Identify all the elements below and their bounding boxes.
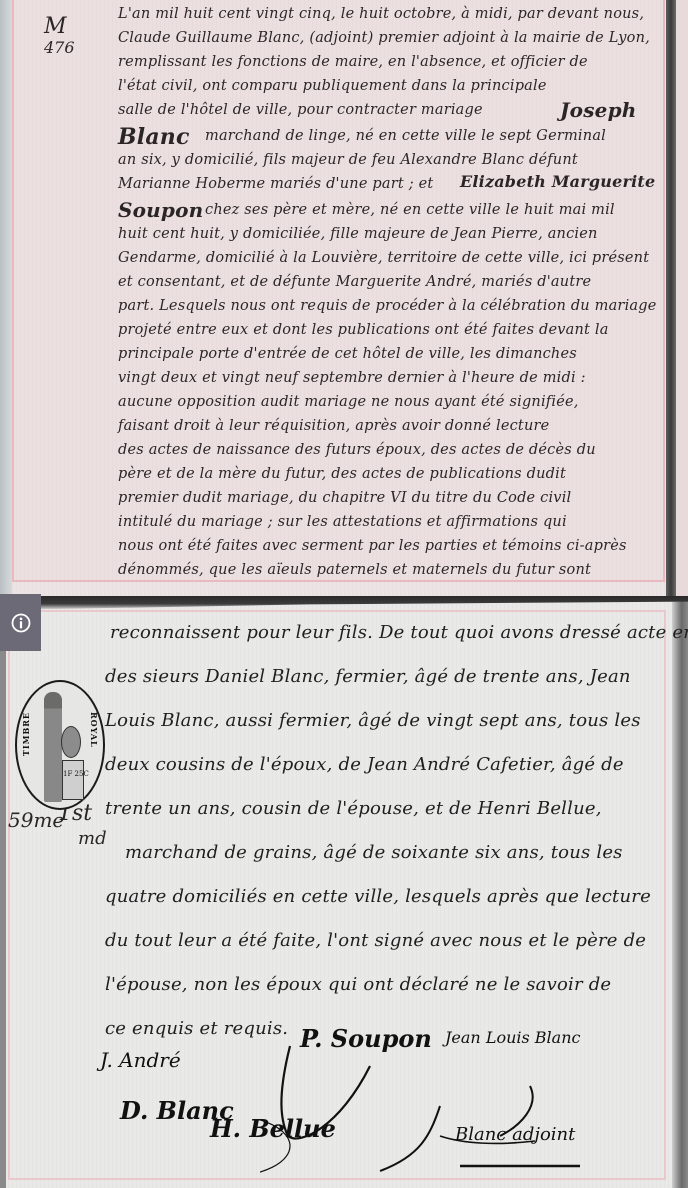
record-line: L'an mil huit cent vingt cinq, le huit o…	[118, 6, 644, 22]
record-line: l'état civil, ont comparu publiquement d…	[118, 78, 547, 94]
record-line: nous ont été faites avec serment par les…	[118, 538, 627, 554]
record-line: premier dudit mariage, du chapitre VI du…	[118, 490, 571, 506]
signature-flourish	[260, 1026, 600, 1176]
record-line: l'épouse, non les époux qui ont déclaré …	[105, 974, 611, 995]
record-line: deux cousins de l'époux, de Jean André C…	[105, 754, 624, 775]
groom-first-name: Joseph	[560, 98, 637, 122]
stamp-text-left: TIMBRE	[21, 712, 31, 756]
page-scan-bottom: reconnaissent pour leur fils. De tout qu…	[0, 596, 688, 1188]
record-line: des sieurs Daniel Blanc, fermier, âgé de…	[105, 666, 631, 687]
stamp-text-right: ROYAL	[89, 712, 99, 748]
page-scan-top: M 476 L'an mil huit cent vingt cinq, le …	[0, 0, 688, 596]
record-line: part. Lesquels nous ont requis de procéd…	[118, 298, 657, 314]
document-viewer: M 476 L'an mil huit cent vingt cinq, le …	[0, 0, 688, 1188]
page-binding	[672, 596, 688, 1188]
record-line: dénommés, que les aïeuls paternels et ma…	[118, 562, 591, 578]
record-line: remplissant les fonctions de maire, en l…	[118, 54, 588, 70]
record-line: Marianne Hoberme mariés d'une part ; et	[118, 176, 433, 192]
adjacent-page	[676, 0, 688, 596]
stamp-figure-icon	[44, 692, 62, 802]
record-line: marchand de grains, âgé de soixante six …	[125, 842, 623, 863]
signature: J. André	[100, 1048, 181, 1072]
record-line: aucune opposition audit mariage ne nous …	[118, 394, 579, 410]
record-line: trente un ans, cousin de l'épouse, et de…	[105, 798, 602, 819]
stamp-pedestal-icon	[62, 760, 84, 800]
bride-last-name: Soupon	[118, 198, 203, 222]
margin-note-number: 476	[44, 38, 75, 57]
record-line: et consentant, et de défunte Marguerite …	[118, 274, 591, 290]
info-button[interactable]	[0, 594, 41, 651]
record-line: reconnaissent pour leur fils. De tout qu…	[110, 622, 688, 643]
margin-note-abbrev: md	[78, 828, 107, 849]
page-edge	[0, 596, 6, 1188]
bride-name: Elizabeth Marguerite	[460, 172, 655, 191]
stamp-price: 1F 25C	[63, 770, 89, 778]
record-line: quatre domiciliés en cette ville, lesque…	[105, 886, 651, 907]
page-edge	[0, 0, 12, 596]
margin-note-letter: M	[44, 14, 67, 39]
record-line: du tout leur a été faite, l'ont signé av…	[105, 930, 646, 951]
record-line: intitulé du mariage ; sur les attestatio…	[118, 514, 567, 530]
record-line: salle de l'hôtel de ville, pour contract…	[118, 102, 483, 118]
page-fold-shadow	[0, 596, 688, 610]
record-line: des actes de naissance des futurs époux,…	[118, 442, 596, 458]
record-line: marchand de linge, né en cette ville le …	[205, 128, 606, 144]
page-binding	[666, 0, 676, 596]
groom-last-name: Blanc	[118, 124, 190, 150]
record-line: Gendarme, domicilié à la Louvière, terri…	[118, 250, 649, 266]
record-line: projeté entre eux et dont les publicatio…	[118, 322, 609, 338]
record-line: faisant droit à leur réquisition, après …	[118, 418, 549, 434]
record-line: père et de la mère du futur, des actes d…	[118, 466, 566, 482]
record-line: Louis Blanc, aussi fermier, âgé de vingt…	[105, 710, 641, 731]
record-line: principale porte d'entrée de cet hôtel d…	[118, 346, 577, 362]
record-line: huit cent huit, y domiciliée, fille maje…	[118, 226, 598, 242]
stamp-shield-icon	[61, 726, 81, 758]
record-line: an six, y domicilié, fils majeur de feu …	[118, 152, 578, 168]
margin-note-folio: 59me	[8, 808, 64, 832]
record-line: chez ses père et mère, né en cette ville…	[205, 202, 615, 218]
info-icon	[11, 613, 31, 633]
royal-stamp: TIMBRE ROYAL 1F 25C	[15, 680, 105, 810]
record-line: vingt deux et vingt neuf septembre derni…	[118, 370, 586, 386]
record-line: Claude Guillaume Blanc, (adjoint) premie…	[118, 30, 650, 46]
